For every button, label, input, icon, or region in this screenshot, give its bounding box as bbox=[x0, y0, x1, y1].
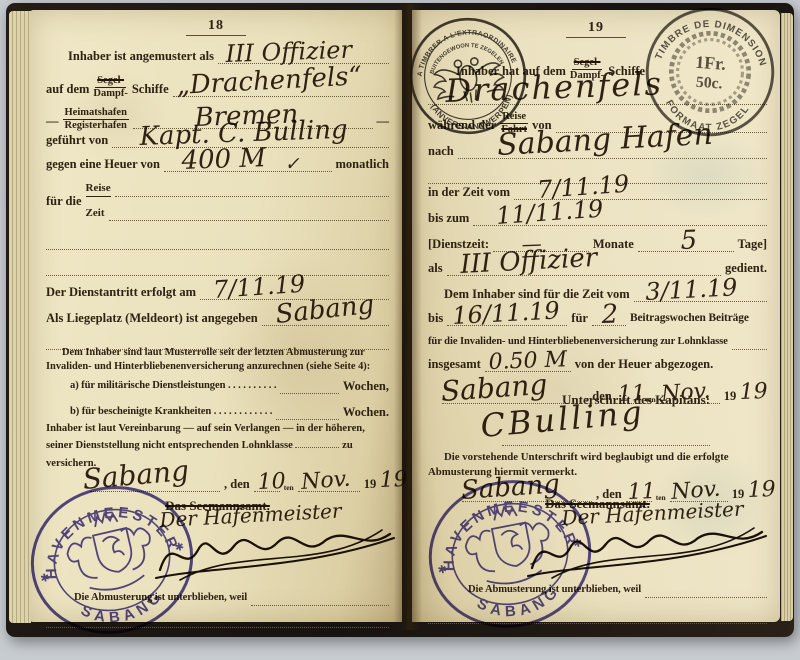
field-label: gegen eine Heuer von bbox=[46, 156, 160, 172]
abmusterung-unterblieben-line: Die Abmusterung ist unterblieben, weil bbox=[74, 590, 389, 606]
dotted-line bbox=[732, 334, 767, 350]
field-label: insgesamt bbox=[428, 356, 481, 372]
empty-dotted-line bbox=[46, 260, 389, 276]
handwritten-ship-name: „Drachenfels“ bbox=[175, 63, 362, 99]
handwritten-ship-name: Drachenfels bbox=[445, 67, 664, 107]
year-prefix: 19 bbox=[724, 388, 737, 404]
field-label: Der Dienstantritt erfolgt am bbox=[46, 284, 196, 300]
hafenmeister-signature bbox=[522, 520, 772, 582]
dash-mark: — bbox=[46, 113, 59, 129]
dotted-line: III Offizier bbox=[218, 48, 389, 64]
segel-dampf-fraction: Segel- Dampf- bbox=[93, 75, 127, 100]
handwritten-month: Nov. bbox=[300, 469, 351, 494]
dotted-line: 3/11.19 bbox=[634, 286, 767, 302]
empty-dotted-line bbox=[46, 234, 389, 250]
field-bis-zum: bis zum 11/11.19 bbox=[428, 210, 767, 226]
reise-line: Reise bbox=[86, 180, 389, 197]
field-reise-zeit: für die Reise Zeit bbox=[46, 180, 389, 221]
dotted-line: 16/11.19 bbox=[447, 310, 567, 326]
signature-dotted-line bbox=[502, 430, 710, 446]
tage-label: Tage] bbox=[738, 236, 767, 252]
dotted-line bbox=[115, 181, 389, 197]
field-nach: nach Sabang Hafen bbox=[428, 134, 767, 159]
dotted-line: 2 bbox=[592, 310, 626, 326]
field-lohnklasse: für die Invaliden- und Hinterbliebenenve… bbox=[428, 334, 767, 350]
abgezogen-label: von der Heuer abgezogen. bbox=[575, 356, 713, 372]
field-label: nach bbox=[428, 143, 454, 159]
field-label: in der Zeit vom bbox=[428, 184, 510, 200]
dotted-line bbox=[46, 260, 389, 276]
handwritten-day: 10 bbox=[257, 471, 286, 494]
dotted-line bbox=[251, 590, 389, 606]
field-label: Die Abmusterung ist unterblieben, weil bbox=[74, 590, 247, 606]
ship-name-line: Drachenfels bbox=[428, 80, 767, 105]
page-number-18: 18 bbox=[30, 16, 402, 36]
page-18: 18 Inhaber ist angemustert als III Offiz… bbox=[30, 10, 402, 622]
heimatshafen-label: Heimatshafen bbox=[63, 107, 129, 120]
field-schiff: auf dem Segel- Dampf- Schiffe „Drachenfe… bbox=[46, 72, 389, 97]
stamp-star-left: ✱ bbox=[39, 572, 51, 586]
hafenmeister-signature bbox=[150, 522, 400, 584]
dotted-line: 400 M ✓ bbox=[164, 156, 332, 172]
dotted-line bbox=[46, 612, 389, 628]
handwritten-place: Sabang bbox=[82, 457, 190, 494]
dotted-line: Sabang bbox=[90, 476, 220, 492]
dotted-line: 11/11.19 bbox=[473, 210, 767, 226]
field-label: Die Abmusterung ist unterblieben, weil bbox=[468, 582, 641, 598]
registerhafen-label: Registerhafen bbox=[65, 120, 127, 132]
handwritten-year: 19 bbox=[739, 381, 768, 404]
field-label: auf dem bbox=[46, 81, 89, 97]
handwritten-date: 16/11.19 bbox=[452, 298, 560, 328]
empty-dotted-line bbox=[46, 612, 389, 628]
coat-of-arms bbox=[61, 505, 160, 598]
abmusterung-unterblieben-line: Die Abmusterung ist unterblieben, weil bbox=[468, 582, 767, 598]
stamp-star-left: ✱ bbox=[437, 563, 448, 577]
field-label: Inhaber ist angemustert als bbox=[46, 48, 214, 64]
field-label: monatlich bbox=[336, 156, 389, 172]
beitragswochen-label: Beitragswochen Beiträge bbox=[630, 310, 749, 326]
reise-label: Reise bbox=[500, 111, 528, 124]
handwritten-destination: Sabang Hafen bbox=[496, 120, 713, 161]
field-heuer: gegen eine Heuer von 400 M ✓ monatlich bbox=[46, 156, 389, 172]
dotted-line bbox=[46, 234, 389, 250]
dotted-line: Nov. bbox=[298, 476, 360, 492]
empty-dotted-line bbox=[428, 608, 767, 624]
handwritten-wage: 400 M bbox=[181, 145, 266, 174]
field-label: während der bbox=[428, 117, 496, 133]
zu-label: zu bbox=[342, 440, 353, 451]
dotted-line: 10 bbox=[254, 476, 280, 492]
segel-struck: Segel- bbox=[95, 75, 126, 88]
ink-checkmark: ✓ bbox=[284, 155, 300, 174]
heimatshafen-fraction: Heimatshafen Registerhafen bbox=[63, 107, 129, 132]
wochen-label: Wochen. bbox=[343, 404, 389, 420]
stamp-value-fr: 1Fr. bbox=[695, 52, 727, 74]
item-b-label: b) für bescheinigte Krankheiten . . . . … bbox=[70, 404, 272, 420]
reise-zeit-stack: Reise Zeit bbox=[86, 180, 389, 221]
item-a-line: a) für militärische Dienstleistungen . .… bbox=[70, 378, 389, 394]
fuer-label: für bbox=[571, 310, 588, 326]
vereinbarung-paragraph: Inhaber ist laut Vereinbarung — auf sein… bbox=[46, 422, 389, 454]
zeit-line: Zeit bbox=[86, 205, 389, 221]
field-label: als bbox=[428, 260, 443, 276]
dotted-line: Sabang bbox=[262, 310, 389, 326]
dotted-line bbox=[276, 404, 338, 420]
dotted-line bbox=[428, 608, 767, 624]
reise-label: Reise bbox=[86, 180, 111, 197]
dotted-line bbox=[109, 205, 390, 221]
dotted-line bbox=[645, 582, 767, 598]
page-edges-right bbox=[781, 13, 793, 621]
zeit-label: Zeit bbox=[86, 205, 105, 221]
handwritten-weeks: 2 bbox=[601, 301, 618, 328]
date-line: Sabang , den 10 ten Nov. 19 19 bbox=[90, 470, 389, 492]
item-b-line: b) für bescheinigte Krankheiten . . . . … bbox=[70, 404, 389, 420]
field-label: für die Invaliden- und Hinterbliebenenve… bbox=[428, 334, 728, 350]
monate-label: Monate bbox=[593, 236, 634, 252]
field-label: Schiffe bbox=[132, 81, 169, 97]
book-gutter bbox=[394, 4, 422, 630]
dotted-inline-blank bbox=[295, 436, 339, 448]
year-prefix: 19 bbox=[364, 476, 377, 492]
page-number-text: 18 bbox=[186, 18, 246, 36]
dotted-line: Sabang Hafen bbox=[458, 134, 767, 159]
dotted-line: „Drachenfels“ bbox=[173, 81, 389, 97]
field-label: bis zum bbox=[428, 210, 469, 226]
dash-mark: — bbox=[377, 113, 390, 129]
handwritten-rank: III Offizier bbox=[459, 245, 597, 278]
handwritten-date: 3/11.19 bbox=[644, 275, 737, 304]
handwritten-days: 5 bbox=[680, 227, 697, 254]
field-label: Als Liegeplatz (Meldeort) ist angegeben bbox=[46, 310, 258, 326]
handwritten-place: Sabang bbox=[440, 371, 548, 406]
dotted-line: III Offizier bbox=[447, 260, 721, 276]
handwritten-date: 11/11.19 bbox=[496, 197, 605, 228]
field-insgesamt: insgesamt 0.50 M von der Heuer abgezogen… bbox=[428, 356, 767, 372]
wochen-label: Wochen, bbox=[343, 378, 389, 394]
field-beitrag-bis: bis 16/11.19 für 2 Beitragswochen Beiträ… bbox=[428, 310, 767, 326]
item-a-label: a) für militärische Dienstleistungen . .… bbox=[70, 378, 276, 394]
musterrolle-paragraph: Dem Inhaber sind laut Musterrolle seit d… bbox=[46, 346, 389, 374]
dotted-line bbox=[502, 430, 710, 446]
page-19: 19 Inhaber hat auf dem Segel- Dampf- Sch… bbox=[412, 10, 780, 622]
page-edges-left bbox=[9, 11, 31, 623]
page-number-19: 19 bbox=[412, 18, 780, 38]
field-label: geführt von bbox=[46, 132, 108, 148]
page-number-text: 19 bbox=[566, 20, 626, 38]
field-liegeplatz: Als Liegeplatz (Meldeort) ist angegeben … bbox=[46, 310, 389, 326]
dotted-line: Drachenfels bbox=[428, 80, 767, 105]
dotted-line: 5 bbox=[638, 236, 734, 252]
dampf: Dampf- bbox=[93, 88, 127, 100]
dotted-line bbox=[280, 378, 338, 394]
field-label: bis bbox=[428, 310, 443, 326]
den-label: , den bbox=[224, 476, 250, 492]
field-label: für die bbox=[46, 193, 82, 209]
